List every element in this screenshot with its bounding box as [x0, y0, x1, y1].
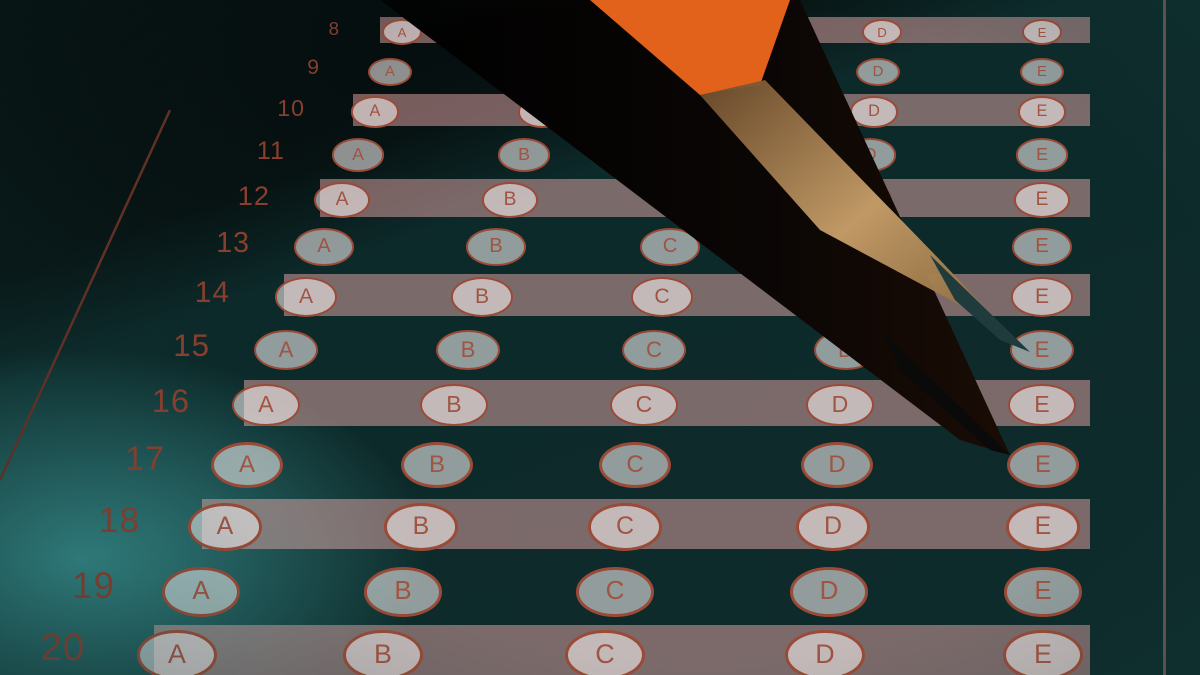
sheet-left-border [0, 0, 1200, 675]
photo-scene: 8ABCDE9ABCDE10ABCDE11ABCDE12ABCDE13ABCDE… [0, 0, 1200, 675]
